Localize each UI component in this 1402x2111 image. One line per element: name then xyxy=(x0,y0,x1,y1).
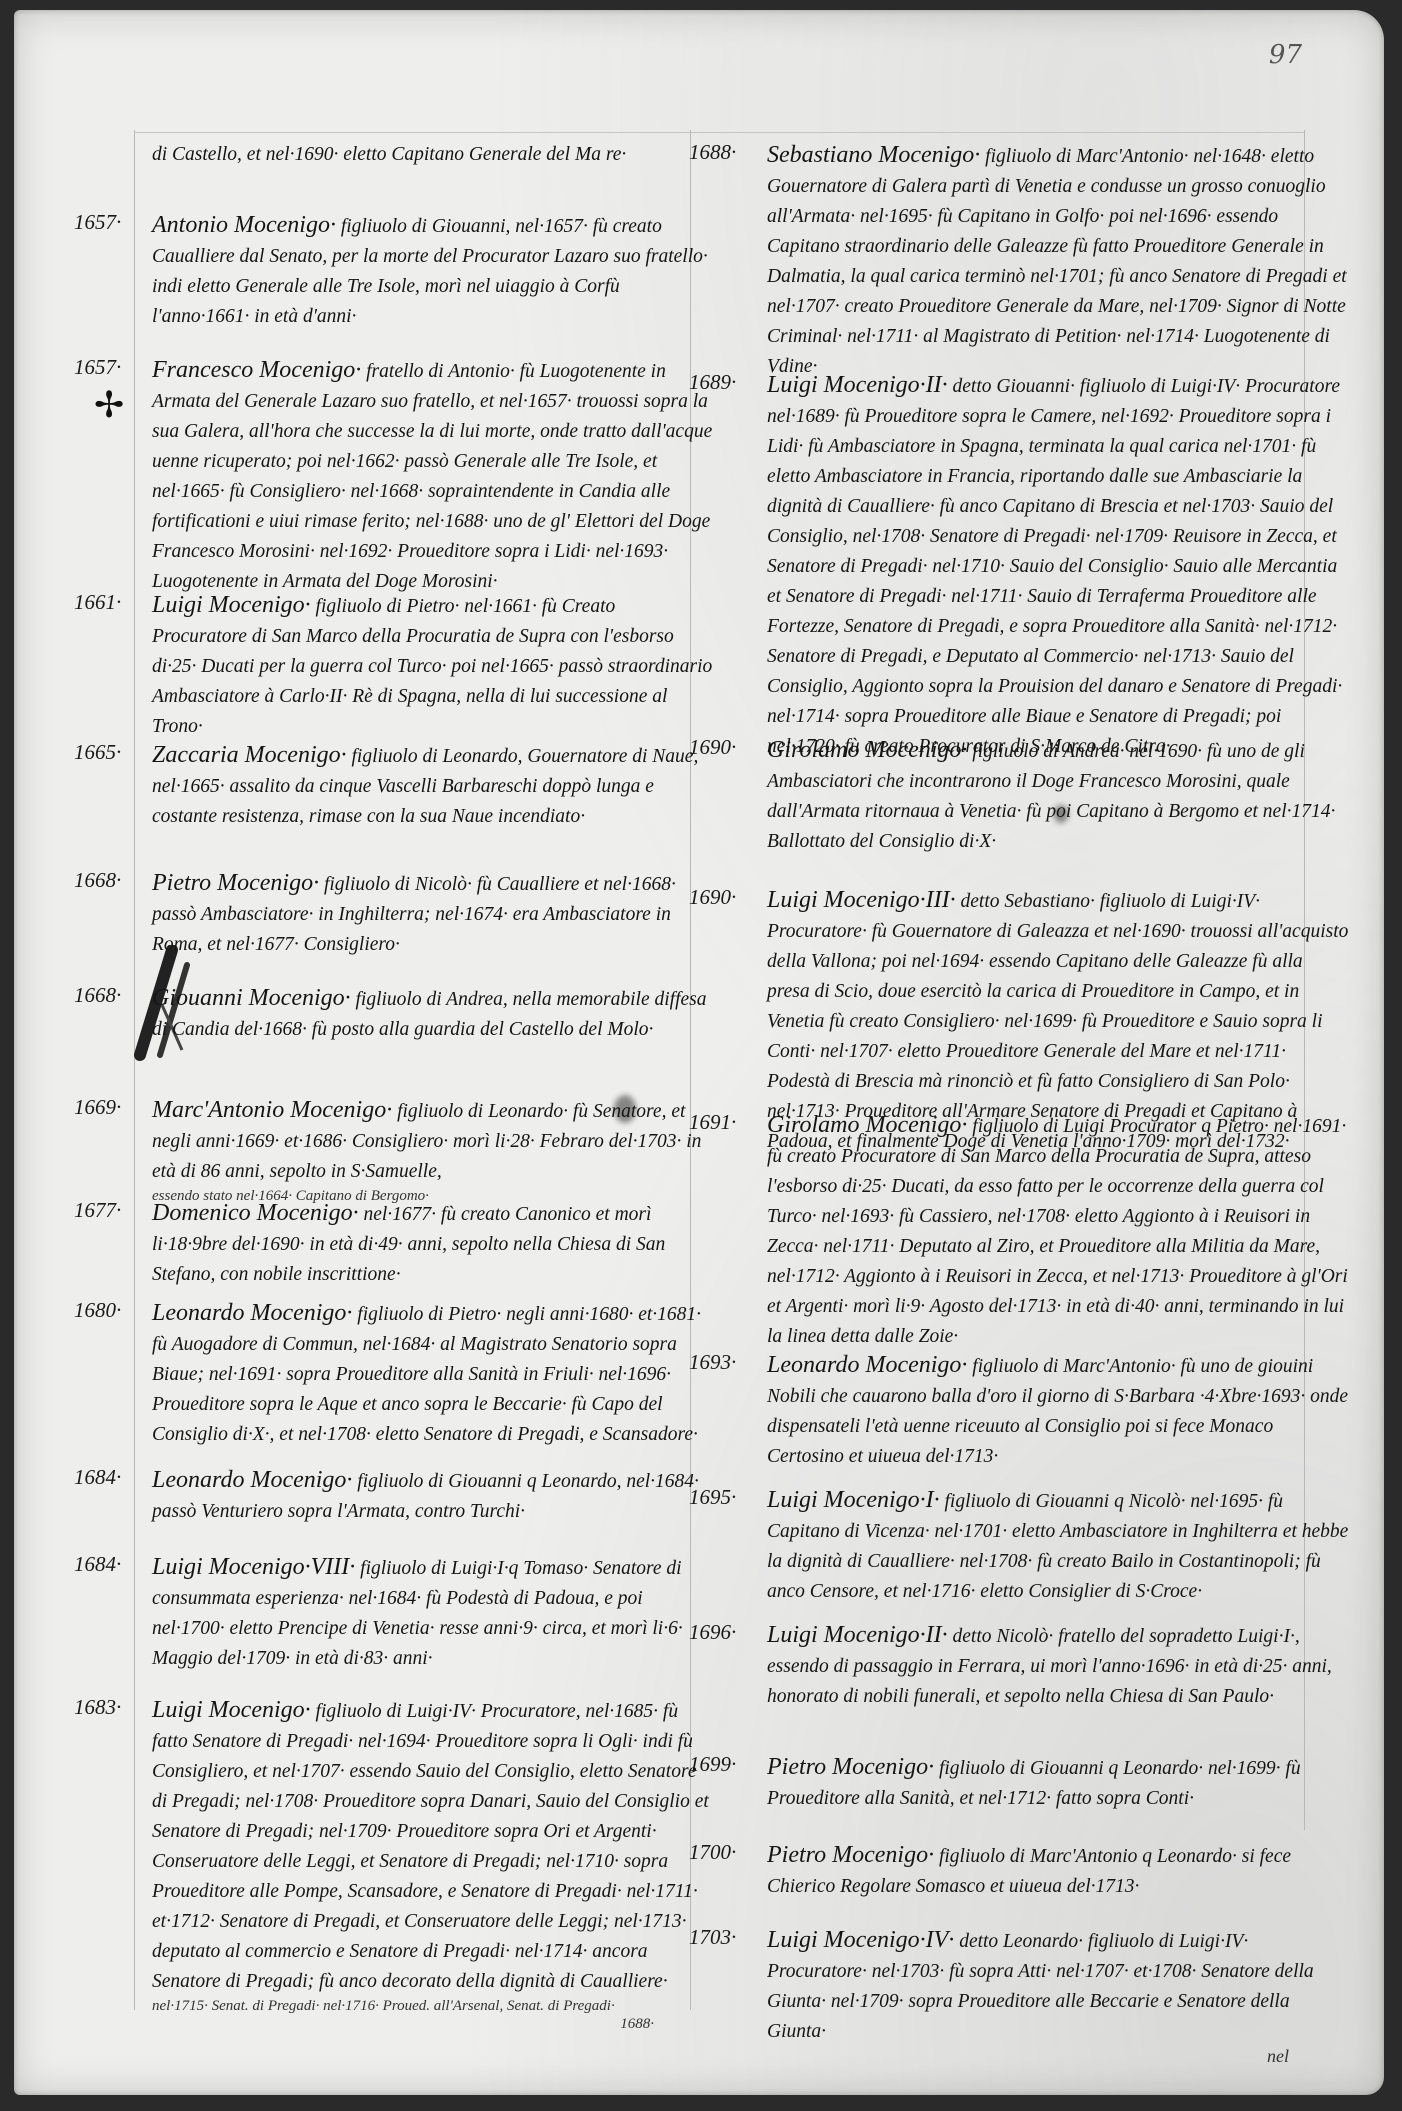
entry-name: Luigi Mocenigo·III· xyxy=(767,887,956,913)
entry: 1668· Pietro Mocenigo· figliuolo di Nico… xyxy=(74,868,714,960)
entry-name: Leonardo Mocenigo· xyxy=(152,1300,352,1326)
entry-year: 1689· xyxy=(689,370,759,395)
entry: 1661· Luigi Mocenigo· figliuolo di Pietr… xyxy=(74,590,714,742)
entry: 1699· Pietro Mocenigo· figliuolo di Giou… xyxy=(689,1752,1349,1814)
entry: 1688· Sebastiano Mocenigo· figliuolo di … xyxy=(689,140,1349,382)
entry-year: 1668· xyxy=(74,983,144,1008)
entry-name: Francesco Mocenigo· xyxy=(152,357,361,383)
entry-name: Pietro Mocenigo· xyxy=(152,870,319,896)
top-rule xyxy=(134,132,1304,133)
entry: 1696· Luigi Mocenigo·II· detto Nicolò· f… xyxy=(689,1620,1349,1712)
entry-year: 1695· xyxy=(689,1485,759,1510)
manuscript-page: 97 ✢ di Castello, et nel·1690· eletto Ca… xyxy=(14,10,1384,2095)
entry-text: detto Giouanni· figliuolo di Luigi·IV· P… xyxy=(767,376,1342,757)
entry-name: Luigi Mocenigo· xyxy=(152,1697,311,1723)
entry: 1683· Luigi Mocenigo· figliuolo di Luigi… xyxy=(74,1695,714,2033)
entry-year: 1696· xyxy=(689,1620,759,1645)
entry-year: 1703· xyxy=(689,1925,759,1950)
entry-year: 1677· xyxy=(74,1198,144,1223)
entry-name: Leonardo Mocenigo· xyxy=(152,1467,352,1493)
entry-text: figliuolo di Luigi·IV· Procuratore, nel·… xyxy=(152,1701,709,1992)
entry-year: 1699· xyxy=(689,1752,759,1777)
entry: 1703· Luigi Mocenigo·IV· detto Leonardo·… xyxy=(689,1925,1349,2065)
entry-year: 1684· xyxy=(74,1552,144,1577)
entry-name: Pietro Mocenigo· xyxy=(767,1842,934,1868)
entry-year: 1680· xyxy=(74,1298,144,1323)
entry-year: 1690· xyxy=(689,735,759,760)
entry: 1693· Leonardo Mocenigo· figliuolo di Ma… xyxy=(689,1350,1349,1472)
entry: 1657· Antonio Mocenigo· figliuolo di Gio… xyxy=(74,210,714,332)
entry-year: 1665· xyxy=(74,740,144,765)
entry-year: 1690· xyxy=(689,885,759,910)
entry-year: 1688· xyxy=(689,140,759,165)
entry-name: Sebastiano Mocenigo· xyxy=(767,142,980,168)
continuation-entry: di Castello, et nel·1690· eletto Capitan… xyxy=(74,140,714,170)
entry-name: Luigi Mocenigo·IV· xyxy=(767,1927,954,1953)
entry-name: Antonio Mocenigo· xyxy=(152,212,336,238)
entry-name: Luigi Mocenigo·I· xyxy=(767,1487,940,1513)
entry-year: 1684· xyxy=(74,1465,144,1490)
entry-name: Luigi Mocenigo·II· xyxy=(767,372,948,398)
entry: 1689· Luigi Mocenigo·II· detto Giouanni·… xyxy=(689,370,1349,762)
entry: 1668· Giouanni Mocenigo· figliuolo di An… xyxy=(74,983,714,1045)
entry: 1680· Leonardo Mocenigo· figliuolo di Pi… xyxy=(74,1298,714,1450)
entry-name: Domenico Mocenigo· xyxy=(152,1200,359,1226)
margin-year: 1688· xyxy=(152,2015,714,2033)
entry-name: Luigi Mocenigo·II· xyxy=(767,1622,948,1648)
entry: 1669· Marc'Antonio Mocenigo· figliuolo d… xyxy=(74,1095,714,1205)
page-number: 97 xyxy=(1269,40,1302,70)
entry-name: Luigi Mocenigo·VIII· xyxy=(152,1554,355,1580)
entry-name: Giouanni Mocenigo· xyxy=(152,985,351,1011)
entry-text: fratello di Antonio· fù Luogotenente in … xyxy=(152,361,712,592)
entry-year: 1669· xyxy=(74,1095,144,1120)
entry-year: 1661· xyxy=(74,590,144,615)
entry-year: 1700· xyxy=(689,1840,759,1865)
entry-name: Zaccaria Mocenigo· xyxy=(152,742,347,768)
entry-text: figliuolo di Marc'Antonio· nel·1648· ele… xyxy=(767,146,1347,377)
entry-year: 1668· xyxy=(74,868,144,893)
entry-year: 1691· xyxy=(689,1110,759,1135)
entry-name: Girolamo Mocenigo· xyxy=(767,1112,967,1138)
entry-text: di Castello, et nel·1690· eletto Capitan… xyxy=(152,140,714,170)
entry: 1677· Domenico Mocenigo· nel·1677· fù cr… xyxy=(74,1198,714,1290)
entry: 1684· Leonardo Mocenigo· figliuolo di Gi… xyxy=(74,1465,714,1527)
catchword: nel xyxy=(767,2047,1349,2065)
entry-year: 1693· xyxy=(689,1350,759,1375)
entry: 1700· Pietro Mocenigo· figliuolo di Marc… xyxy=(689,1840,1349,1902)
entry: 1665· Zaccaria Mocenigo· figliuolo di Le… xyxy=(74,740,714,832)
entry-text: figliuolo di Luigi Procurator q Pietro· … xyxy=(767,1116,1348,1347)
entry-year: 1683· xyxy=(74,1695,144,1720)
entry: 1691· Girolamo Mocenigo· figliuolo di Lu… xyxy=(689,1110,1349,1352)
entry: 1690· Girolamo Mocenigo· figliuolo di An… xyxy=(689,735,1349,857)
entry: 1684· Luigi Mocenigo·VIII· figliuolo di … xyxy=(74,1552,714,1674)
entry-name: Luigi Mocenigo· xyxy=(152,592,311,618)
entry-year: 1657· xyxy=(74,210,144,235)
entry-note: nel·1715· Senat. di Pregadi· nel·1716· P… xyxy=(152,1997,714,2015)
entry: 1695· Luigi Mocenigo·I· figliuolo di Gio… xyxy=(689,1485,1349,1607)
entry-year: 1657· xyxy=(74,355,144,380)
entry: 1657· Francesco Mocenigo· fratello di An… xyxy=(74,355,714,597)
entry-name: Pietro Mocenigo· xyxy=(767,1754,934,1780)
entry-name: Marc'Antonio Mocenigo· xyxy=(152,1097,392,1123)
entry-name: Girolamo Mocenigo· xyxy=(767,737,967,763)
entry-name: Leonardo Mocenigo· xyxy=(767,1352,967,1378)
